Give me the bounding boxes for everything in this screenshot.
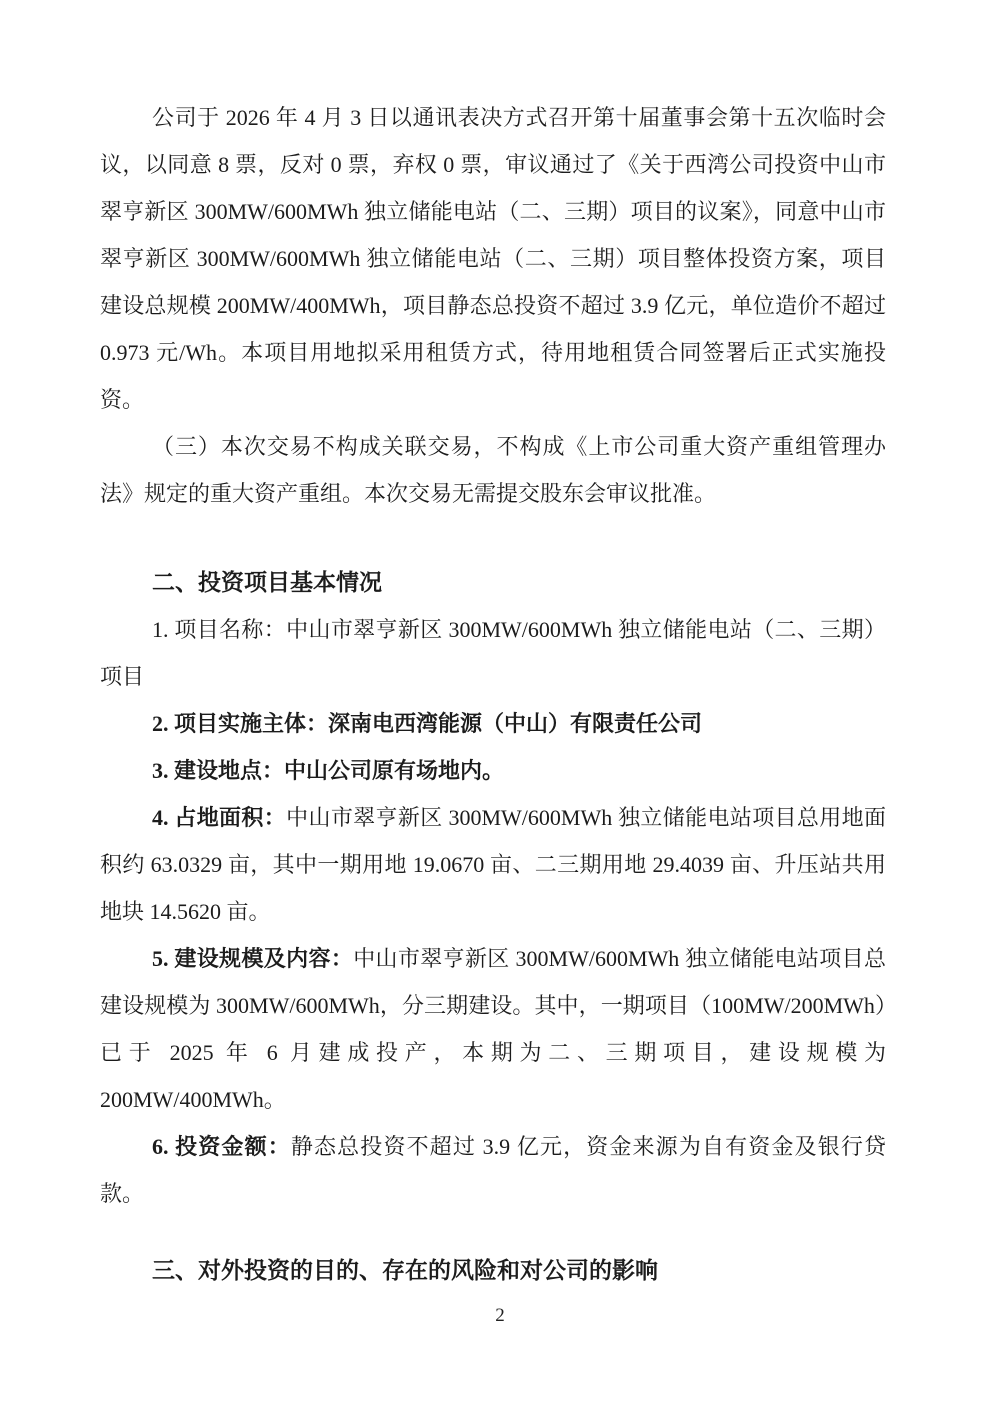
paragraph-board-resolution: 公司于 2026 年 4 月 3 日以通讯表决方式召开第十届董事会第十五次临时会… — [100, 94, 886, 423]
item-investment-amount: 6. 投资金额：静态总投资不超过 3.9 亿元，资金来源为自有资金及银行贷款。 — [100, 1123, 886, 1217]
item-investment-amount-label: 6. 投资金额： — [152, 1134, 291, 1159]
item-implementing-entity: 2. 项目实施主体：深南电西湾能源（中山）有限责任公司 — [100, 700, 886, 747]
paragraph-transaction-nature: （三）本次交易不构成关联交易，不构成《上市公司重大资产重组管理办法》规定的重大资… — [100, 423, 886, 517]
item-land-area-label: 4. 占地面积： — [152, 805, 286, 830]
item-construction-location: 3. 建设地点：中山公司原有场地内。 — [100, 747, 886, 794]
item-project-name: 1. 项目名称：中山市翠亨新区 300MW/600MWh 独立储能电站（二、三期… — [100, 606, 886, 700]
item-construction-scale-label: 5. 建设规模及内容： — [152, 946, 353, 971]
item-project-name-label: 1. 项目名称： — [152, 617, 286, 642]
section-3-heading: 三、对外投资的目的、存在的风险和对公司的影响 — [100, 1247, 886, 1294]
item-construction-location-label: 3. 建设地点： — [152, 758, 284, 783]
announcement-page: 公司于 2026 年 4 月 3 日以通讯表决方式召开第十届董事会第十五次临时会… — [0, 0, 1000, 1414]
item-construction-scale: 5. 建设规模及内容：中山市翠亨新区 300MW/600MWh 独立储能电站项目… — [100, 935, 886, 1123]
page-number: 2 — [0, 1303, 1000, 1329]
item-land-area: 4. 占地面积：中山市翠亨新区 300MW/600MWh 独立储能电站项目总用地… — [100, 794, 886, 935]
item-implementing-entity-label: 2. 项目实施主体： — [152, 711, 328, 736]
item-implementing-entity-text: 深南电西湾能源（中山）有限责任公司 — [328, 711, 702, 736]
document-body: 公司于 2026 年 4 月 3 日以通讯表决方式召开第十届董事会第十五次临时会… — [100, 94, 886, 1294]
section-2-heading: 二、投资项目基本情况 — [100, 559, 886, 606]
item-construction-location-text: 中山公司原有场地内。 — [284, 758, 504, 783]
